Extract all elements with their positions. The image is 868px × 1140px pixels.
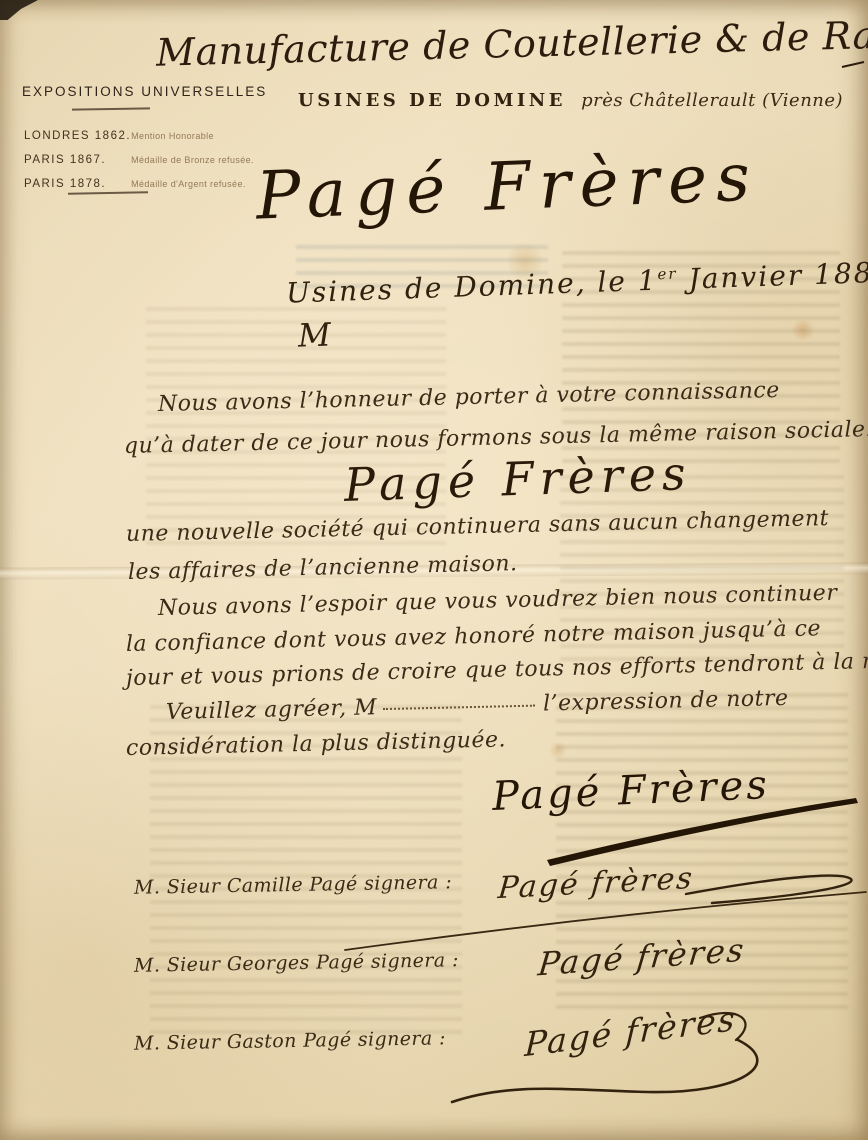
exposition-entry: PARIS 1878. Médaille d'Argent refusée. (24, 172, 246, 191)
exposition-award: Médaille de Bronze refusée. (131, 155, 254, 165)
letterhead-subtitle-location: près Châtellerault (Vienne) (581, 90, 843, 111)
exposition-entry: LONDRES 1862. Mention Honorable (24, 124, 214, 143)
company-name-heading: Pagé Frères (255, 138, 761, 234)
divider-rule (68, 191, 148, 194)
bleed-through-ghost (146, 302, 446, 550)
exposition-award: Médaille d'Argent refusée. (131, 179, 246, 189)
scanned-letter-page: Manufacture de Coutellerie & de Rasoirs,… (0, 0, 868, 1140)
divider-rule (72, 107, 150, 110)
body-line-8-pre: Veuillez agréer, M (166, 695, 378, 725)
dateline-ordinal: er (657, 265, 678, 284)
letterhead-subtitle: USINES DE DOMINE près Châtellerault (Vie… (298, 90, 843, 111)
letterhead-title: Manufacture de Coutellerie & de Rasoirs, (156, 13, 868, 74)
exposition-place: PARIS 1878. (24, 178, 126, 190)
scan-corner-mark (0, 0, 38, 20)
exposition-place: PARIS 1867. (24, 154, 126, 166)
dateline-post: Janvier 1880 (677, 255, 868, 296)
exposition-award: Mention Honorable (131, 131, 214, 141)
letterhead-flourish-dash (842, 62, 864, 67)
exposition-place: LONDRES 1862. (24, 130, 126, 142)
letterhead-subtitle-caps: USINES DE DOMINE (298, 90, 566, 111)
signatory-label-gaston: M. Sieur Gaston Pagé signera : (134, 1027, 446, 1054)
expositions-title: EXPOSITIONS UNIVERSELLES (22, 84, 222, 99)
salutation: M (297, 315, 331, 354)
body-line-4: les affaires de l’ancienne maison. (128, 551, 518, 585)
exposition-entry: PARIS 1867. Médaille de Bronze refusée. (24, 148, 254, 167)
expositions-block: EXPOSITIONS UNIVERSELLES (22, 84, 222, 99)
dotted-fill-in-line (383, 703, 535, 710)
